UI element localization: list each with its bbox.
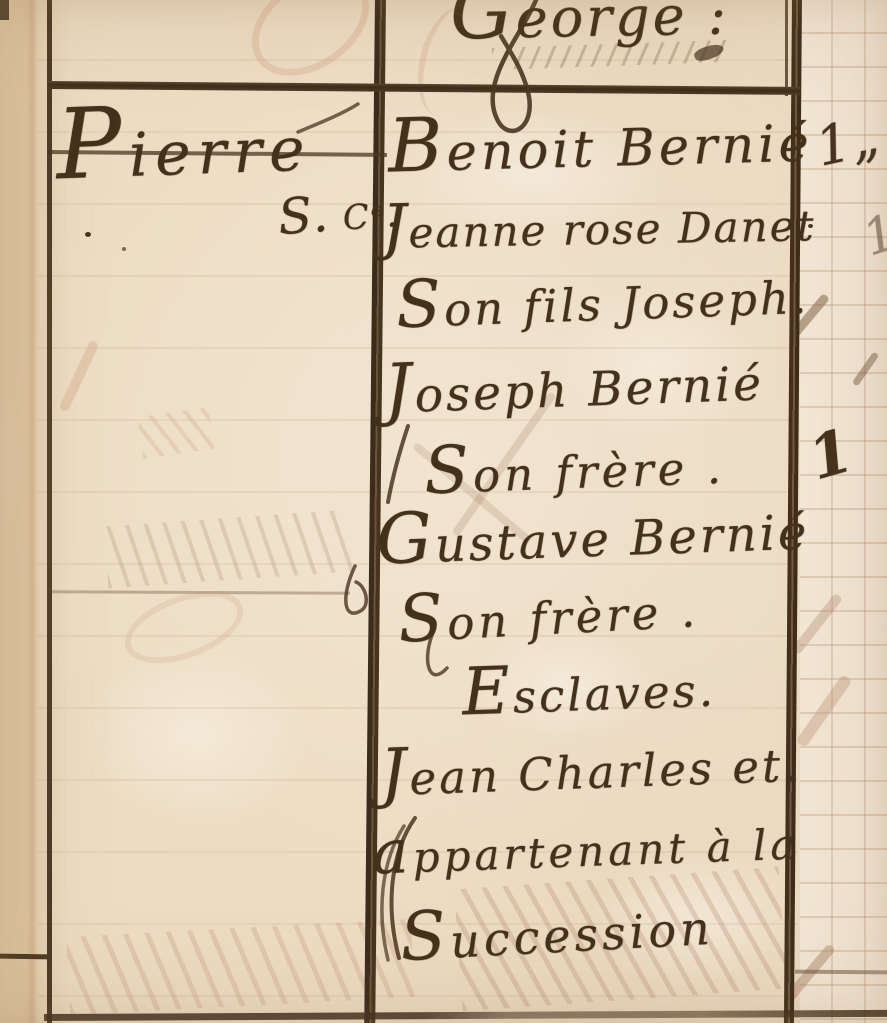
entry-line: Son frère . (396, 566, 700, 658)
entry-line: Gustave Bernié (375, 484, 811, 580)
entry-header-name: George : (449, 0, 729, 57)
ink-speck (122, 247, 126, 251)
entry-line: Jean Charles et. (379, 721, 802, 812)
entry-line: Jeanne rose Danet (381, 184, 815, 263)
entry-line: Benoit Bernié (387, 92, 814, 189)
entry-line: Esclaves. (461, 646, 717, 731)
tally-mark: 1„ (810, 104, 884, 178)
entry-line: appartenant à la (371, 803, 800, 889)
ink-speck (85, 232, 91, 237)
entry-line: Succession (398, 882, 715, 976)
entry-owner-name: Pierre (54, 80, 313, 202)
ink-speck (808, 224, 813, 228)
entry-line: Joseph Bernié (383, 337, 765, 429)
entry-line: Son fils Joseph. (395, 253, 810, 343)
register-page-scan: George : Pierre S. Cᵉ. Benoit Bernié Jea… (0, 0, 887, 1023)
